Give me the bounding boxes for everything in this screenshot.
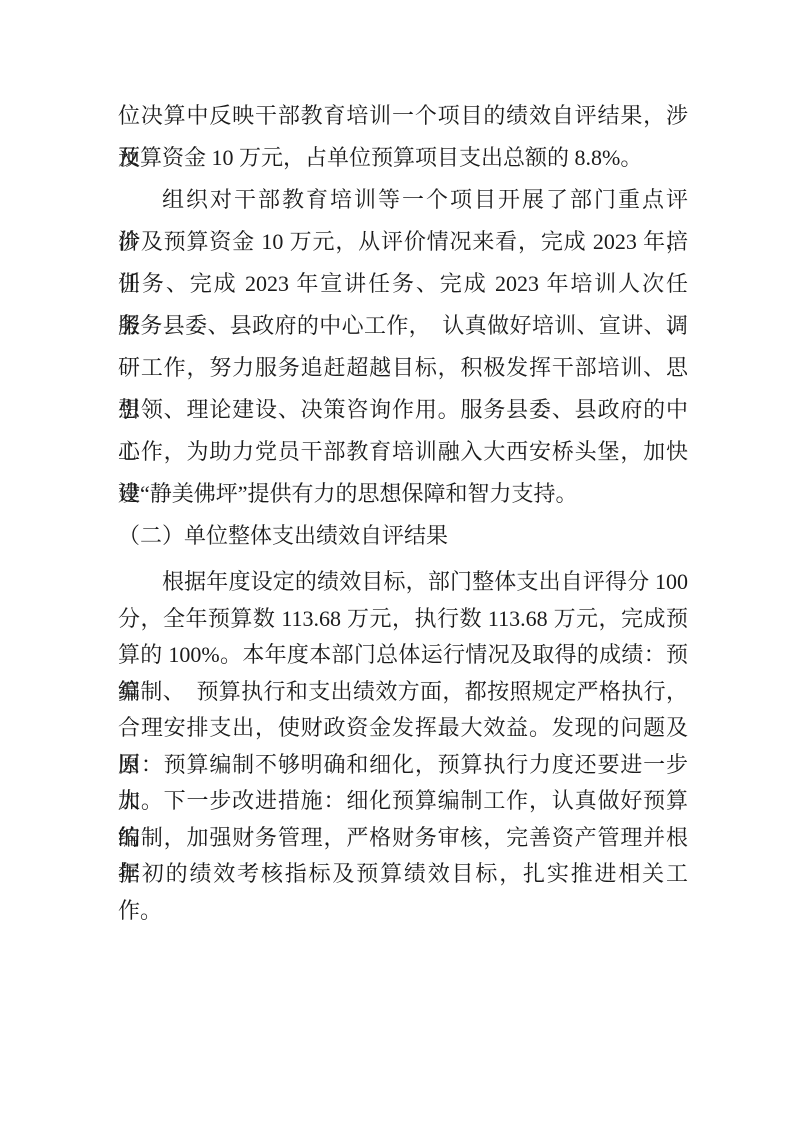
text-line: 编制，加强财务管理，严格财务审核，完善资产管理并根据 <box>118 820 688 857</box>
text-block: 位决算中反映干部教育培训一个项目的绩效自评结果，涉及 预算资金 10 万元，占单… <box>118 0 688 893</box>
text-line: 研工作，努力服务追赶超越目标，积极发挥干部培训、思想 <box>118 347 688 389</box>
text-line: 根据年度设定的绩效目标，部门整体支出自评得分 100 <box>118 564 688 601</box>
text-line: 因：预算编制不够明确和细化，预算执行力度还要进一步加 <box>118 747 688 784</box>
text-line: 预算资金 10 万元，占单位预算项目支出总额的 8.8%。 <box>118 137 688 179</box>
document-page: 位决算中反映干部教育培训一个项目的绩效自评结果，涉及 预算资金 10 万元，占单… <box>0 0 793 1122</box>
paragraph-continued: 位决算中反映干部教育培训一个项目的绩效自评结果，涉及 预算资金 10 万元，占单… <box>118 95 688 179</box>
text-line: 服务县委、县政府的中心工作， 认真做好培训、宣讲、调 <box>118 305 688 347</box>
section-heading: （二）单位整体支出绩效自评结果 <box>118 515 688 557</box>
text-line: 大。下一步改进措施：细化预算编制工作，认真做好预算的 <box>118 783 688 820</box>
text-line: 涉及预算资金 10 万元，从评价情况来看，完成 2023 年培训 <box>118 221 688 263</box>
text-line: 工作，为助力党员干部教育培训融入大西安桥头堡，加快建 <box>118 431 688 473</box>
text-line: 算的 100%。本年度本部门总体运行情况及取得的成绩：预算 <box>118 637 688 674</box>
text-line: 引领、理论建设、决策咨询作用。服务县委、县政府的中心 <box>118 389 688 431</box>
paragraph-heading: （二）单位整体支出绩效自评结果 <box>118 515 688 557</box>
paragraph-overall-expenditure: 根据年度设定的绩效目标，部门整体支出自评得分 100 分，全年预算数 113.6… <box>118 564 688 893</box>
text-line: 合理安排支出，使财政资金发挥最大效益。发现的问题及原 <box>118 710 688 747</box>
text-line: 任务、完成 2023 年宣讲任务、完成 2023 年培训人次任务、 <box>118 263 688 305</box>
text-line: 设“静美佛坪”提供有力的思想保障和智力支持。 <box>118 473 688 515</box>
text-line: 编制、 预算执行和支出绩效方面，都按照规定严格执行， <box>118 674 688 711</box>
text-line: 组织对干部教育培训等一个项目开展了部门重点评价， <box>118 179 688 221</box>
text-line: 分，全年预算数 113.68 万元，执行数 113.68 万元，完成预 <box>118 601 688 638</box>
paragraph-project-evaluation: 组织对干部教育培训等一个项目开展了部门重点评价， 涉及预算资金 10 万元，从评… <box>118 179 688 515</box>
text-line: 位决算中反映干部教育培训一个项目的绩效自评结果，涉及 <box>118 95 688 137</box>
text-line: 年初的绩效考核指标及预算绩效目标，扎实推进相关工作。 <box>118 856 688 893</box>
